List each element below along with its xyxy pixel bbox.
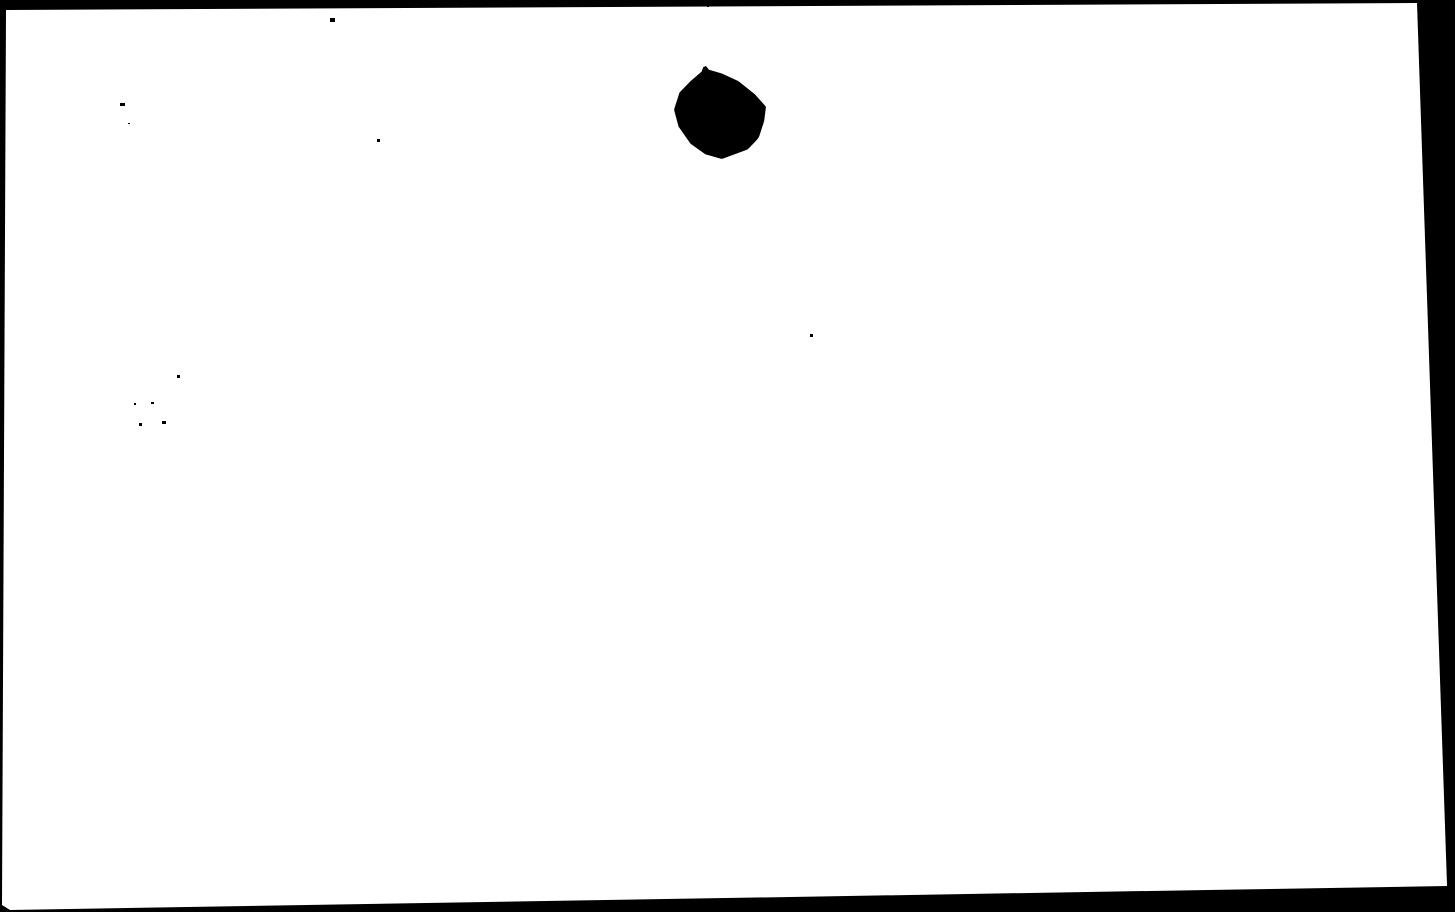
scan-background — [0, 0, 1455, 912]
scan-speck — [134, 403, 136, 405]
scan-speck — [128, 123, 130, 124]
scan-speck — [810, 334, 813, 337]
scan-speck — [707, 4, 709, 7]
scan-speck — [120, 103, 125, 106]
hole-punch-icon — [674, 64, 766, 159]
scan-speck — [330, 18, 335, 22]
scanned-page — [0, 0, 1455, 912]
scan-speck — [139, 423, 142, 426]
scan-speck — [151, 402, 154, 404]
scan-speck — [162, 421, 166, 424]
scan-speck — [177, 375, 180, 378]
scan-speck — [377, 139, 380, 142]
